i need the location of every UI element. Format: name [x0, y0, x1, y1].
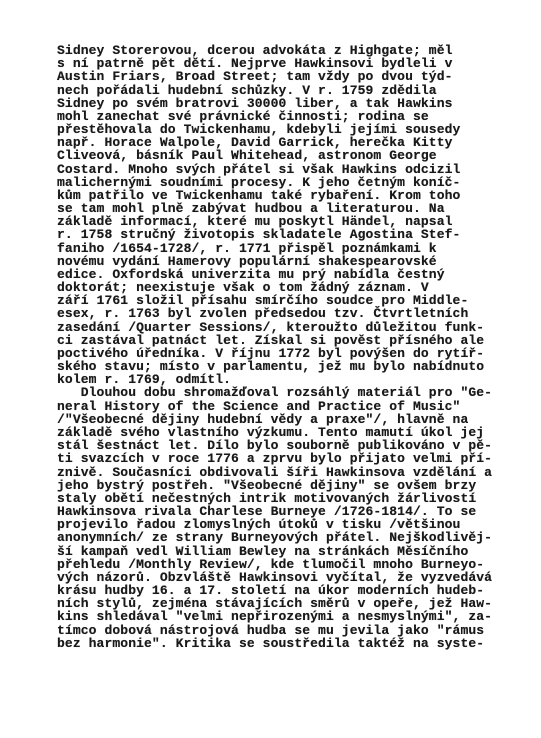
- text-line: kins shledával "velmi nepřirozenými a ne…: [57, 610, 492, 623]
- text-line: Costard. Mnoho svých přátel si však Hawk…: [57, 163, 492, 176]
- text-line: anonymních/ ze strany Burneyových přátel…: [57, 531, 492, 544]
- text-line: tímco dobová nástrojová hudba se mu jevi…: [57, 624, 492, 637]
- text-line: Cliveová, básník Paul Whitehead, astrono…: [57, 149, 492, 162]
- text-line: bez harmonie". Kritika se soustředila ta…: [57, 637, 492, 650]
- text-line: znivě. Současníci obdivovali šíři Hawkin…: [57, 466, 492, 479]
- text-line: přehledu /Monthly Review/, kde tlumočil …: [57, 558, 492, 571]
- text-line: Dlouhou dobu shromažďoval rozsáhlý mater…: [57, 386, 492, 399]
- text-line: Sidney po svém bratrovi 30000 liber, a t…: [57, 97, 492, 110]
- text-line: /"Všeobecné dějiny hudební vědy a praxe"…: [57, 413, 492, 426]
- text-line: novému vydání Hamerovy populární shakesp…: [57, 255, 492, 268]
- text-line: ti svazcích v roce 1776 a zprvu bylo při…: [57, 452, 492, 465]
- text-line: zasedání /Quarter Sessions/, kteroužto d…: [57, 321, 492, 334]
- text-line: ší kampaň vedl William Bewley na stránká…: [57, 545, 492, 558]
- text-line: nech pořádali hudební schůzky. V r. 1759…: [57, 84, 492, 97]
- text-line: jeho bystrý postřeh. "Všeobecné dějiny" …: [57, 479, 492, 492]
- text-line: neral History of the Science and Practic…: [57, 400, 492, 413]
- text-line: Austin Friars, Broad Street; tam vždy po…: [57, 70, 492, 83]
- typewritten-page: Sidney Storerovou, dcerou advokáta z Hig…: [57, 44, 492, 650]
- text-line: malichernými soudními procesy. K jeho če…: [57, 176, 492, 189]
- text-line: r. 1758 stručný životopis skladatele Ago…: [57, 228, 492, 241]
- text-line: esex, r. 1763 byl zvolen předsedou tzv. …: [57, 307, 492, 320]
- text-line: faniho /1654-1728/, r. 1771 přispěl pozn…: [57, 242, 492, 255]
- text-line: ci zastával patnáct let. Získal si pověs…: [57, 334, 492, 347]
